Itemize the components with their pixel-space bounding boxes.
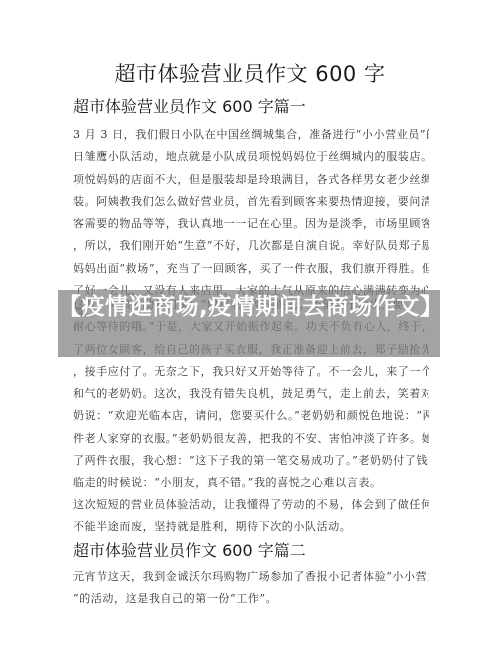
- text-line: 和气的老奶奶。这次，我没有错失良机，鼓足勇气，走上前去，笑着对老奶: [73, 383, 429, 405]
- document-page: 超市体验营业员作文 600 字 超市体验营业员作文 600 字篇一 3 月 3 …: [0, 0, 500, 647]
- paragraph: 这次短短的营业员体验活动，让我懂得了劳动的不易，体会到了做任何事情 不能半途而废…: [73, 494, 429, 539]
- text-line: ”的活动，这是我自己的第一份“工作”。: [73, 588, 429, 610]
- text-line: 客需要的物品等等，我认真地一一记在心里。因为是淡季，市场里顾客很少: [73, 213, 429, 235]
- text-line: 元宵节这天，我到金诚沃尔玛购物广场参加了香报小记者体验“小小营业员: [73, 566, 429, 588]
- document-title: 超市体验营业员作文 600 字: [0, 60, 500, 88]
- text-line: 件老人家穿的衣服。”老奶奶很友善，把我的不安、害怕冲淡了许多。她挑: [73, 428, 429, 450]
- text-line: 装。阿姨教我们怎么做好营业员，首先看到顾客来要热情迎接，要问清楚顾: [73, 191, 429, 213]
- text-line: 妈妈出面“救场”，充当了一回顾客，买了一件衣服，我们旗开得胜。但过: [73, 258, 429, 280]
- section-heading-2: 超市体验营业员作文 600 字篇二: [73, 540, 306, 562]
- paragraph: 元宵节这天，我到金诚沃尔玛购物广场参加了香报小记者体验“小小营业员 ”的活动，这…: [73, 566, 429, 611]
- text-line: 日雏鹰小队活动，地点就是小队成员项悦妈妈位于丝绸城内的服装店。: [73, 146, 429, 168]
- banner-title[interactable]: 【疫情逛商场,疫情期间去商场作文】: [58, 291, 440, 323]
- text-line: 这次短短的营业员体验活动，让我懂得了劳动的不易，体会到了做任何事情: [73, 494, 429, 516]
- text-line: ，所以，我们刚开始“生意”不好，几次都是自演自说。幸好队员郑子励的: [73, 235, 429, 257]
- text-line: 3 月 3 日，我们假日小队在中国丝绸城集合，准备进行“小小营业员”的假: [73, 124, 429, 146]
- paragraph: 3 月 3 日，我们假日小队在中国丝绸城集合，准备进行“小小营业员”的假 日雏鹰…: [73, 124, 429, 169]
- text-line: 临走的时候说：“小朋友，真不错。”我的喜悦之心难以言表。: [73, 472, 429, 494]
- text-line: 项悦妈妈的店面不大，但是服装却是玲琅满目，各式各样男女老少丝绸的服: [73, 169, 429, 191]
- section-heading-1: 超市体验营业员作文 600 字篇一: [73, 96, 306, 118]
- text-line: 奶说：“欢迎光临本店，请问，您要买什么。”老奶奶和颜悦色地说：“两: [73, 405, 429, 427]
- text-line: 了两件衣服，我心想：“这下子我的第一笔交易成功了。”老奶奶付了钱，: [73, 450, 429, 472]
- text-line: 不能半途而废，坚持就是胜利，期待下次的小队活动。: [73, 516, 429, 538]
- text-line: ，接手应付了。无奈之下，我只好又开始等待了。不一会儿，来了一个面目: [73, 361, 429, 383]
